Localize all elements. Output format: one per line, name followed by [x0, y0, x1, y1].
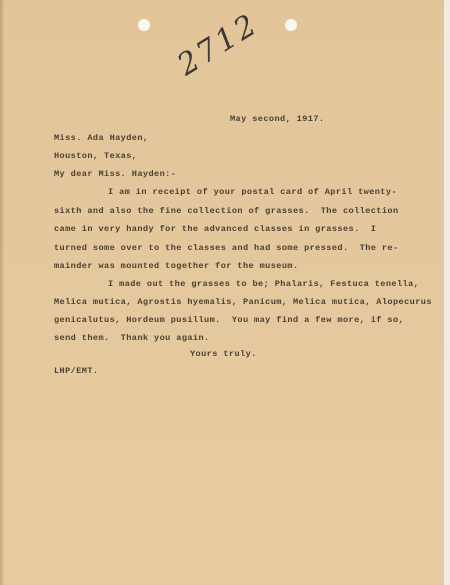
- page-edge: [444, 0, 450, 585]
- punch-hole-left: [138, 19, 150, 31]
- letter-date: May second, 1917.: [230, 114, 324, 124]
- body-line: I made out the grasses to be; Phalaris, …: [108, 279, 419, 289]
- body-line: I am in receipt of your postal card of A…: [108, 187, 397, 197]
- body-line: genicalutus, Hordeum pusillum. You may f…: [54, 315, 404, 325]
- typist-initials: LHP/EMT.: [54, 366, 98, 376]
- closing: Yours truly.: [190, 349, 257, 359]
- recipient-name: Miss. Ada Hayden,: [54, 133, 148, 143]
- body-line: turned some over to the classes and had …: [54, 243, 399, 253]
- recipient-location: Houston, Texas,: [54, 151, 137, 161]
- handwritten-file-number: 2712: [171, 6, 264, 83]
- salutation: My dear Miss. Hayden:-: [54, 169, 176, 179]
- body-line: mainder was mounted together for the mus…: [54, 261, 299, 271]
- body-line: Melica mutica, Agrostis hyemalis, Panicu…: [54, 297, 432, 307]
- body-line: sixth and also the fine collection of gr…: [54, 206, 399, 216]
- body-line: came in very handy for the advanced clas…: [54, 224, 376, 234]
- body-line: send them. Thank you again.: [54, 333, 210, 343]
- letter-page: 2712 May second, 1917. Miss. Ada Hayden,…: [0, 0, 444, 585]
- punch-hole-right: [285, 19, 297, 31]
